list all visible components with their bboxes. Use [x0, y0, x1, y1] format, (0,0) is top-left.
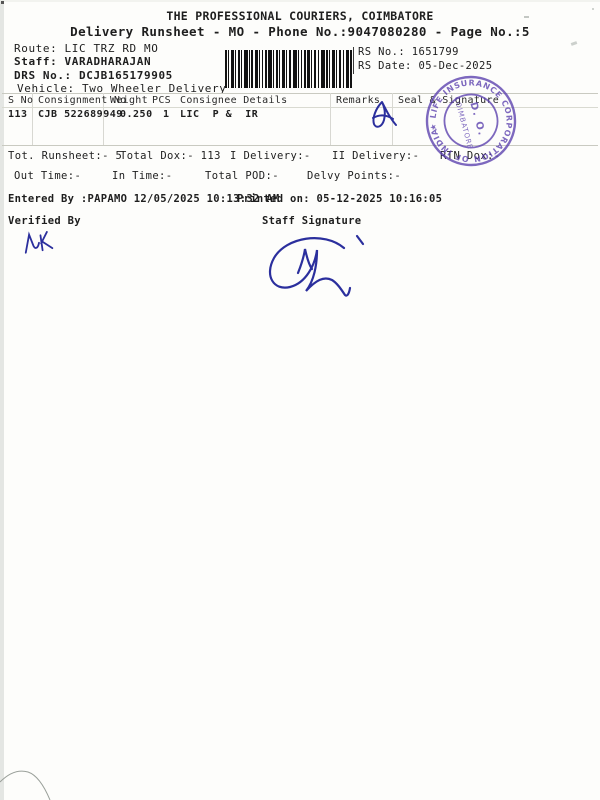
svg-text:★ LIFE INSURANCE CORPORATION O: ★ LIFE INSURANCE CORPORATION OF INDIA	[419, 69, 523, 173]
staff-signature-ink	[252, 228, 377, 310]
tot-runsheet-field: Tot. Runsheet:- 5	[8, 150, 122, 162]
rs-divider-line	[353, 47, 354, 74]
table-row-pcs: 1	[163, 109, 170, 121]
scanned-delivery-runsheet: THE PROFESSIONAL COURIERS, COIMBATORE De…	[0, 0, 600, 800]
staff-field: Staff: VARADHARAJAN	[14, 56, 151, 69]
printed-on-field: Printed on: 05-12-2025 10:16:05	[237, 193, 442, 205]
col-header-consignee: Consignee Details	[180, 95, 287, 107]
verified-initials-ink	[16, 226, 61, 261]
table-row-sno: 113	[8, 109, 28, 121]
col-header-sno: S No	[8, 95, 33, 107]
barcode-icon	[225, 50, 353, 88]
page-title: THE PROFESSIONAL COURIERS, COIMBATORE	[0, 10, 600, 23]
rs-no-field: RS No.: 1651799	[358, 46, 459, 58]
col-header-pcs: PCS	[152, 95, 171, 107]
lic-round-stamp: ★ LIFE INSURANCE CORPORATION OF INDIA D.…	[424, 74, 518, 168]
staff-signature-label: Staff Signature	[262, 215, 361, 227]
total-dox-field: Total Dox:- 113	[120, 150, 221, 162]
scan-speck	[571, 41, 578, 46]
table-row-consignee: LIC P & IR	[180, 109, 258, 121]
table-row-consignment: CJB 522689949	[38, 109, 123, 121]
out-time-field: Out Time:-	[14, 170, 81, 182]
delvy-points-field: Delvy Points:-	[307, 170, 401, 182]
scan-page-curl	[0, 760, 60, 800]
i-delivery-field: I Delivery:-	[230, 150, 311, 162]
scan-edge-shadow	[0, 0, 4, 800]
scan-top-shadow	[0, 0, 600, 2]
drs-no-field: DRS No.: DCJB165179905	[14, 70, 173, 83]
total-pod-field: Total POD:-	[205, 170, 279, 182]
ii-delivery-field: II Delivery:-	[332, 150, 419, 162]
scan-speck	[1, 1, 4, 4]
table-column-line	[330, 93, 331, 145]
remarks-initial-ink	[366, 98, 401, 133]
in-time-field: In Time:-	[112, 170, 173, 182]
runsheet-subtitle: Delivery Runsheet - MO - Phone No.:90470…	[0, 25, 600, 39]
table-row-weight: 0.250	[120, 109, 153, 121]
rs-date-field: RS Date: 05-Dec-2025	[358, 60, 492, 72]
route-field: Route: LIC TRZ RD MO	[14, 43, 158, 56]
stamp-ring-text: ★ LIFE INSURANCE CORPORATION OF INDIA	[419, 69, 523, 173]
col-header-weight: Weight	[110, 95, 148, 107]
